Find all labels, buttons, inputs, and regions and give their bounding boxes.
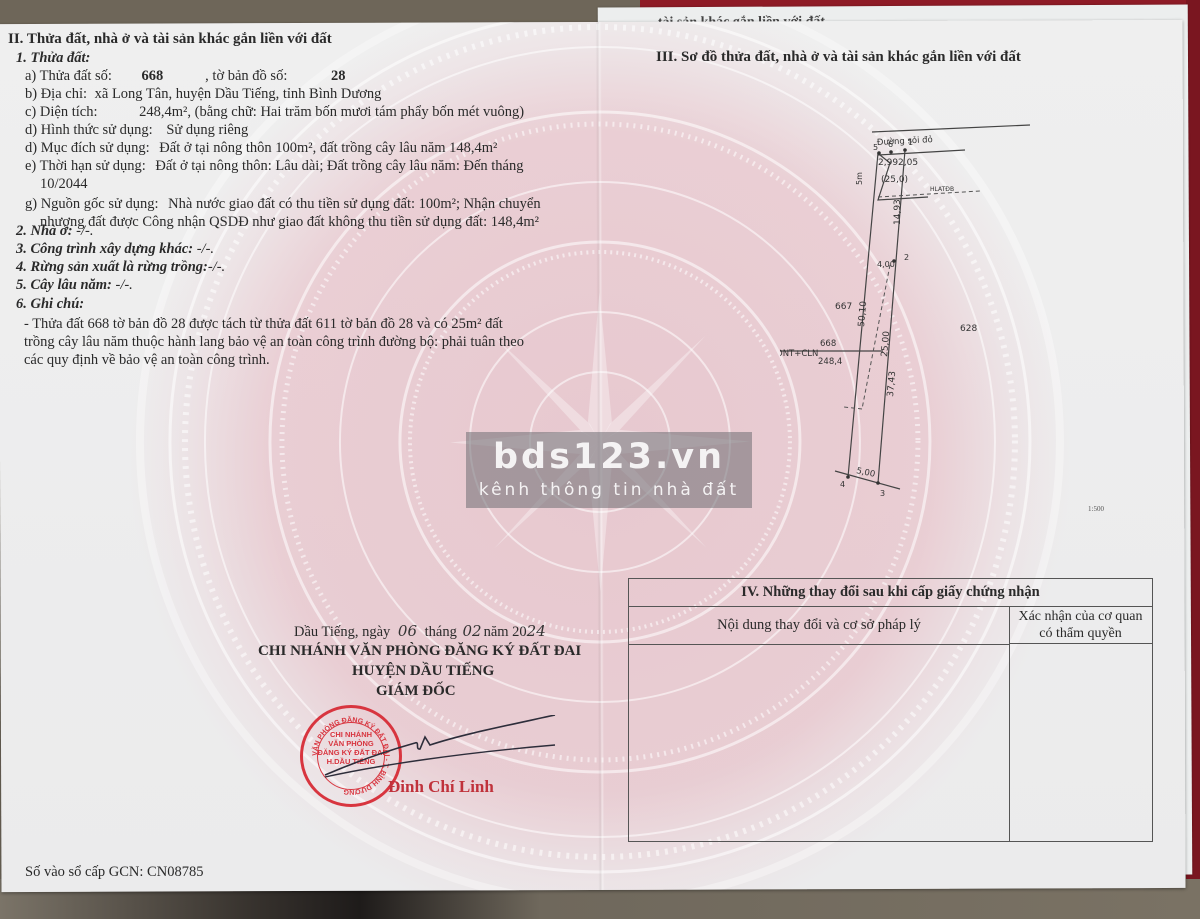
place-date-prefix: Dầu Tiếng, ngày xyxy=(294,624,390,640)
item-house-label: 2. Nhà ở: xyxy=(16,223,73,239)
item-house-value: -/-. xyxy=(76,223,93,239)
plan-label: 4,00 xyxy=(877,260,895,269)
plan-label: 668 xyxy=(820,339,836,349)
issuing-district: HUYỆN DẦU TIẾNG xyxy=(352,662,494,680)
map-sheet-number: 28 xyxy=(331,68,346,84)
note-line-2: trồng cây lâu năm thuộc hành lang bảo vệ… xyxy=(24,333,524,351)
section-2-title: II. Thửa đất, nhà ở và tài sản khác gắn … xyxy=(8,30,332,48)
plan-label: HLATĐB xyxy=(930,186,954,193)
item-other-construction-value: -/-. xyxy=(197,241,214,257)
changes-column-content: Nội dung thay đổi và cơ sở pháp lý xyxy=(629,606,1009,645)
plan-label: 4 xyxy=(840,480,845,489)
plan-label: ONT+CLN xyxy=(780,349,818,359)
plan-label: 25,00 xyxy=(880,330,892,357)
issue-day: 06 xyxy=(398,622,417,640)
confirmation-header-line-2: có thẩm quyền xyxy=(1009,625,1152,642)
plan-label: 50,10 xyxy=(857,300,869,327)
usage-form-value: Sử dụng riêng xyxy=(166,122,248,138)
usage-term-row: e) Thời hạn sử dụng: Đất ở tại nông thôn… xyxy=(25,157,523,175)
parcel-site-plan: Đường sỏi đỏ 5 6 1 2,99 2,05 (25,0) HLAT… xyxy=(780,105,1040,505)
plan-scale: 1:500 xyxy=(1088,500,1104,518)
place-date: Dầu Tiếng, ngày 06 tháng 02năm 2024 xyxy=(294,622,546,641)
plan-label: 6 xyxy=(888,140,893,149)
parcel-number: 668 xyxy=(142,67,202,85)
usage-purpose-value: Đất ở tại nông thôn 100m², đất trồng cây… xyxy=(159,140,497,156)
usage-form-label: d) Hình thức sử dụng: xyxy=(25,122,153,138)
plan-label: 628 xyxy=(960,324,977,334)
address-value: xã Long Tân, huyện Dầu Tiếng, tỉnh Bình … xyxy=(95,86,382,102)
address-row: b) Địa chỉ: xã Long Tân, huyện Dầu Tiếng… xyxy=(25,85,381,103)
plan-label: 14,93 xyxy=(893,199,903,225)
area-value: 248,4m² xyxy=(139,104,187,120)
plan-label: 248,4 xyxy=(818,357,842,367)
plan-label: 5 xyxy=(873,143,878,152)
section-3-title: III. Sơ đồ thửa đất, nhà ở và tài sản kh… xyxy=(656,48,1021,66)
register-number-row: Số vào sổ cấp GCN: CN08785 xyxy=(25,863,203,881)
item-perennial-label: 5. Cây lâu năm: xyxy=(16,277,112,293)
plan-label: (25,0) xyxy=(881,175,908,185)
origin-label: g) Nguồn gốc sử dụng: xyxy=(25,196,159,212)
item-forest-value: -/-. xyxy=(208,259,225,275)
plan-label: 3 xyxy=(880,489,885,498)
item-perennial-value: -/-. xyxy=(116,277,133,293)
origin-value: Nhà nước giao đất có thu tiền sử dụng đấ… xyxy=(168,196,540,212)
usage-term-label: e) Thời hạn sử dụng: xyxy=(25,158,146,174)
plan-label: Đường sỏi đỏ xyxy=(877,134,933,148)
issue-year-suffix: 24 xyxy=(527,622,546,640)
register-number-label: Số vào sổ cấp GCN: xyxy=(25,864,143,880)
watermark-brand: bds123.vn xyxy=(466,432,752,480)
area-row: c) Diện tích: 248,4m², (bằng chữ: Hai tr… xyxy=(25,103,524,121)
usage-purpose-row: d) Mục đích sử dụng: Đất ở tại nông thôn… xyxy=(25,139,497,157)
item-forest: 4. Rừng sản xuất là rừng trồng:-/-. xyxy=(16,258,225,276)
item-house: 2. Nhà ở: -/-. xyxy=(16,222,93,240)
plan-label: 667 xyxy=(835,302,852,312)
item-notes-heading: 6. Ghi chú: xyxy=(16,295,84,313)
plan-label: 5m xyxy=(855,172,864,185)
origin-row: g) Nguồn gốc sử dụng: Nhà nước giao đất … xyxy=(25,195,541,213)
item-perennial: 5. Cây lâu năm: -/-. xyxy=(16,276,133,294)
plan-label: 2 xyxy=(904,253,909,262)
site-watermark: bds123.vn kênh thông tin nhà đất xyxy=(466,432,752,508)
item-forest-label: 4. Rừng sản xuất là rừng trồng: xyxy=(16,259,208,275)
origin-value-continued: nhượng đất được Công nhận QSDĐ như giao … xyxy=(40,213,539,231)
changes-table-title: IV. Những thay đổi sau khi cấp giấy chứn… xyxy=(629,579,1152,607)
plan-label: 1 xyxy=(908,138,913,147)
plan-label: 2,05 xyxy=(898,158,918,168)
signer-position: GIÁM ĐỐC xyxy=(376,682,456,700)
note-line-3: các quy định về bảo vệ an toàn công trìn… xyxy=(24,351,270,369)
register-number: CN08785 xyxy=(147,864,203,880)
item-other-construction: 3. Công trình xây dựng khác: -/-. xyxy=(16,240,214,258)
item-other-construction-label: 3. Công trình xây dựng khác: xyxy=(16,241,193,257)
parcel-number-row: a) Thửa đất số: 668 , tờ bản đồ số: 28 xyxy=(25,67,345,85)
map-sheet-label: , tờ bản đồ số: xyxy=(205,68,287,84)
usage-term-value: Đất ở tại nông thôn: Lâu dài; Đất trồng … xyxy=(155,158,523,174)
changes-table-divider xyxy=(1009,606,1010,841)
address-label: b) Địa chỉ: xyxy=(25,86,87,102)
area-in-words: , (bằng chữ: Hai trăm bốn mươi tám phẩy … xyxy=(187,104,524,120)
area-label: c) Diện tích: xyxy=(25,104,97,120)
usage-form-row: d) Hình thức sử dụng: Sử dụng riêng xyxy=(25,121,248,139)
usage-purpose-label: d) Mục đích sử dụng: xyxy=(25,140,150,156)
changes-table: IV. Những thay đổi sau khi cấp giấy chứn… xyxy=(628,578,1153,842)
parcel-number-label: a) Thửa đất số: xyxy=(25,68,112,84)
plan-label: 37,43 xyxy=(886,371,898,398)
watermark-tagline: kênh thông tin nhà đất xyxy=(466,480,752,500)
parcel-heading: 1. Thửa đất: xyxy=(16,49,90,67)
changes-column-confirmation: Xác nhận của cơ quan có thẩm quyền xyxy=(1009,606,1152,644)
month-label: tháng xyxy=(425,624,457,640)
issue-month: 02 xyxy=(462,622,481,640)
plan-label: 2,99 xyxy=(878,158,898,168)
usage-term-end-date: 10/2044 xyxy=(40,175,88,193)
issuing-office: CHI NHÁNH VĂN PHÒNG ĐĂNG KÝ ĐẤT ĐAI xyxy=(258,642,581,660)
signer-name: Đinh Chí Linh xyxy=(388,777,494,797)
year-label: năm 20 xyxy=(484,624,527,640)
confirmation-header-line-1: Xác nhận của cơ quan xyxy=(1009,608,1152,625)
note-line-1: - Thửa đất 668 tờ bản đồ 28 được tách từ… xyxy=(24,315,503,333)
